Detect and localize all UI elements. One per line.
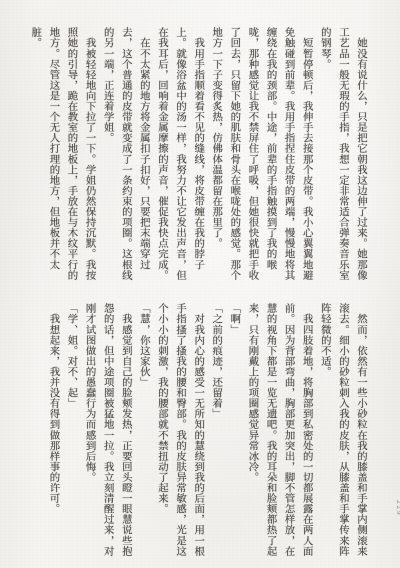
paragraph: 在不太紧的地方将金属扣子扣好，只要把末端穿过去，这个普通的皮带就变成了一条约束的… xyxy=(99,27,153,287)
page-text-upper-block: 她没有说什么，只是把它朝我这边伸了过来。她那像工艺品一般无瑕的手指，我想一定非常… xyxy=(32,27,370,287)
paragraph: 「啊」 xyxy=(225,303,243,563)
paragraph: 我感觉到自己的脸颊发热，正要回头瞪一眼慧说些抱怨的话，但中途项圈被猛地一拉。我立… xyxy=(81,303,135,563)
paragraph: 我四肢着地，将胸部到私密处的一切都展露在两人面前。因为背部弯曲，胸部更加突出，脚… xyxy=(243,303,315,563)
paragraph: 对我内心的感受一无所知的慧绕到我的后面，用一根手指搔了搔我的腰和臀部。我的皮肤异… xyxy=(153,303,207,563)
paragraph: 「学、姐。对不、起」 xyxy=(62,303,80,563)
paragraph: 然而，依然有一些小砂粒在我的膝盖和手掌内侧滚来滚去。细小的砂粒刺入我的皮肤，从膝… xyxy=(316,303,370,563)
paragraph: 「之前的痕迹，还留着」 xyxy=(207,303,225,563)
paragraph: 短暂停顿后，我伸手去接那个皮带。我小心翼翼地避免触碰到前辈。我用手指捏住皮带的两… xyxy=(207,27,316,287)
paragraph: 她没有说什么，只是把它朝我这边伸了过来。她那像工艺品一般无瑕的手指，我想一定非常… xyxy=(316,27,370,287)
paragraph: 我用手指顺着看不见的缝线，将皮带缠在我的脖子上。就像浴盆中的汤一样，我努力不让它… xyxy=(153,27,207,287)
paragraph: 「慧，你这家伙」 xyxy=(135,303,153,563)
paragraph: 我被轻轻地向下拉了一下。学姐仍然保持沉默。我按照她的引导，跪在教室的地板上，手放… xyxy=(26,27,98,287)
book-page: 她没有说什么，只是把它朝我这边伸了过来。她那像工艺品一般无瑕的手指，我想一定非常… xyxy=(0,0,400,568)
page-text-lower-block: 然而，依然有一些小砂粒在我的膝盖和手掌内侧滚来滚去。细小的砂粒刺入我的皮肤，从膝… xyxy=(32,303,370,563)
paragraph: 我想起来，我并没有得到做那样事的许可。 xyxy=(44,303,62,563)
page-number: 229 xyxy=(395,500,400,516)
